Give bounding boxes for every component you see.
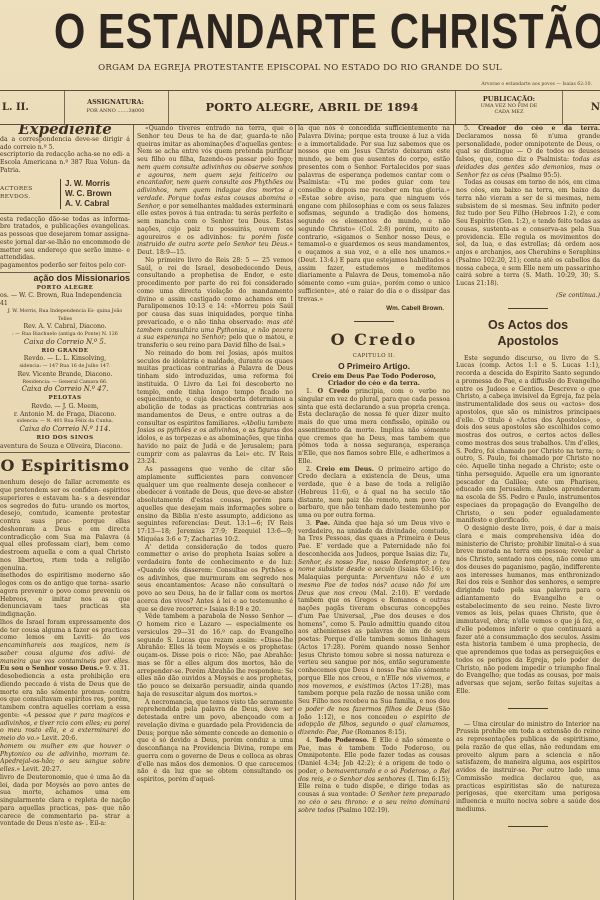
publication-frequency-2: CADA MEZ <box>456 109 562 115</box>
article-subheading: O Primeiro Artigo. <box>298 363 450 371</box>
subscription-label: ASSIGNATURA: <box>63 98 168 106</box>
actos-heading: Os Actos dos Apostolos <box>456 317 600 349</box>
newspaper-subtitle: ORGAM DA EGREJA PROTESTANTE EPISCOPAL NO… <box>0 63 600 73</box>
missionary-address: sidencia: — 147 Rua 16 de Julho 147. <box>0 363 130 371</box>
news-notice: — Uma circular do ministro do Interior n… <box>456 721 600 814</box>
article-paragraph: la que nós é concedida sufficientemente … <box>298 125 450 303</box>
article-paragraph: desobediencia a esta prohibição era dien… <box>0 673 130 743</box>
divider <box>0 213 130 214</box>
newspaper-title: O ESTANDARTE CHRISTÃO <box>54 4 546 60</box>
article-paragraph: O designio deste livro, pois, é dar a ma… <box>456 525 600 696</box>
article-paragraph: Todas as cousas em torno de nós, em cima… <box>456 179 600 288</box>
column-2: «Quando tiveres entrado na terra, que o … <box>137 125 293 900</box>
article-paragraph: A' detida consideração de todos quero co… <box>137 544 293 614</box>
article-paragraph: Este segundo discurso, ou livro de S. Lu… <box>456 355 600 526</box>
divider <box>508 826 548 827</box>
article-paragraph: homem ou mulher em que houver o Phytonic… <box>0 743 130 774</box>
redactors-label: ACTORES REVDOS. <box>0 186 60 202</box>
article-paragraph: 2. Creio em Deus. O primeiro artigo do C… <box>298 466 450 520</box>
column-rule <box>295 125 296 900</box>
expediente-paragraph: escriptorio da redacção acha-se no edi- … <box>0 151 130 174</box>
city-heading: RIO DOS SINOS <box>0 435 130 443</box>
article-paragraph: Vêde tambem a parabola de Nosso Senhor —… <box>137 613 293 698</box>
divider <box>354 321 394 322</box>
article-paragraph: A necromancia, que temos visto tão seram… <box>137 699 293 784</box>
info-bar: L. II. ASSIGNATURA: POR ANNO .......3$00… <box>0 90 600 125</box>
article-paragraph: livro de Deuteronomio, que é uma ão da l… <box>0 774 130 828</box>
article-paragraph: 1. O Credo principia, com o verbo no sin… <box>298 388 450 466</box>
po-box: Caixa do Correio N.º 5. <box>0 339 130 347</box>
missionary-entry: Revdo. — J. G. Meem, <box>0 403 130 411</box>
article-paragraph: 5. Creador do céo e da terra. Declaramos… <box>456 125 600 179</box>
article-paragraph: 4. Todo Poderoso. E Elle é não sómente o… <box>298 737 450 815</box>
article-subtitle: Creio em Deus Pae Todo Poderoso, Criador… <box>298 373 450 389</box>
column-rule <box>133 125 134 900</box>
divider <box>508 308 548 309</box>
issue-number: N <box>563 91 600 124</box>
author-signature: Wm. Cabell Brown. <box>298 305 444 313</box>
missionary-entry: Rev. Vicente Brande, Diacono. <box>0 371 130 379</box>
article-paragraph: As passagens que venho de citar são ampl… <box>137 466 293 544</box>
column-4: 5. Creador do céo e da terra. Declaramos… <box>456 125 600 900</box>
article-paragraph: methodos do espiritismo moderno são logo… <box>0 572 130 619</box>
missionaries-list: PORTO ALEGRE os. — W. C. Brown, Rua Inde… <box>0 285 130 451</box>
missionary-entry: os. — W. C. Brown, Rua Independencia 41 <box>0 292 130 308</box>
article-paragraph: 3. Pae. Ainda que haja só um Deus vivo e… <box>298 520 450 737</box>
article-paragraph: nenhum desejo de fallar acremente es que… <box>0 479 130 572</box>
divider <box>0 452 130 453</box>
publication-box: PUBLICAÇÃO: UMA VEZ NO FIM DE CADA MEZ <box>456 91 563 124</box>
column-1: Expediente da a correspondencia deve-se … <box>0 125 130 900</box>
redactor-name: J. W. Morris <box>65 179 112 189</box>
article-paragraph: No reinado do bom rei Josias, após muito… <box>137 350 293 466</box>
missionary-entry: Rev. A. V. Cabral, Diacono. <box>0 323 130 331</box>
continued-note: (Se continua.) <box>456 292 600 300</box>
po-box: Caixa do Correio N.º 47. <box>0 386 130 394</box>
redactor-name: A. V. Cabral <box>65 199 112 209</box>
newspaper-page: O ESTANDARTE CHRISTÃO ORGAM DA EGREJA PR… <box>0 0 600 900</box>
po-box: Caixa do Correio N.º 114. <box>0 426 130 434</box>
espiritismo-heading: O Espiritismo <box>0 456 130 476</box>
city-heading: PORTO ALEGRE <box>0 285 130 293</box>
column-3: la que nós é concedida sufficientemente … <box>298 125 450 900</box>
dateline: PORTO ALEGRE, ABRIL DE 1894 <box>169 91 456 124</box>
city-heading: RIO GRANDE <box>0 348 130 356</box>
article-paragraph: No primeiro livro de Reis 28: 5 — 25 vem… <box>137 257 293 350</box>
redactors-block: ACTORES REVDOS. J. W. Morris W. C. Brown… <box>0 179 130 209</box>
expediente-heading: Expediente <box>0 126 130 134</box>
missionary-entry: r. Antonio M. de Fraga, Diacono. <box>0 411 130 419</box>
chapter-label: CAPITULO II. <box>298 353 450 361</box>
publication-label: PUBLICAÇÃO: <box>456 95 562 103</box>
city-heading: PELOTAS <box>0 395 130 403</box>
expediente-paragraph: esta redacção dão-se todas as informa- b… <box>0 216 130 263</box>
credo-heading: O Credo <box>298 330 450 350</box>
missionaries-heading: ação dos Missionarios <box>0 275 130 283</box>
missionary-entry: Revdo. — L. L. Kinsolving, <box>0 355 130 363</box>
subscription-price: POR ANNO .......3$000 <box>63 108 168 114</box>
article-paragraph: «Quando tiveres entrado na terra, que o … <box>137 125 293 257</box>
article-paragraph: lhos de Israel foram expressamente dos d… <box>0 619 130 673</box>
expediente-paragraph: pagamentos poderão ser feitos pelo cor- <box>0 262 130 270</box>
subscription-box: ASSIGNATURA: POR ANNO .......3$000 <box>63 91 169 124</box>
volume-number: L. II. <box>0 91 65 124</box>
missionary-entry: aventura de Souza e Oliveira, Diacono. <box>0 443 130 451</box>
masthead: O ESTANDARTE CHRISTÃO ORGAM DA EGREJA PR… <box>0 0 600 88</box>
expediente-paragraph: da a correspondencia deve-se dirigir á a… <box>0 136 130 152</box>
motto: Arvorae o estandarte aos povos — Isaias … <box>481 82 592 87</box>
divider <box>508 708 548 709</box>
redactors-list: J. W. Morris W. C. Brown A. V. Cabral <box>60 179 112 209</box>
redactor-name: W. C. Brown <box>65 189 112 199</box>
missionary-entry: J. W. Morris, Rua Independencia Es- quin… <box>0 308 130 324</box>
column-rule <box>453 125 454 900</box>
